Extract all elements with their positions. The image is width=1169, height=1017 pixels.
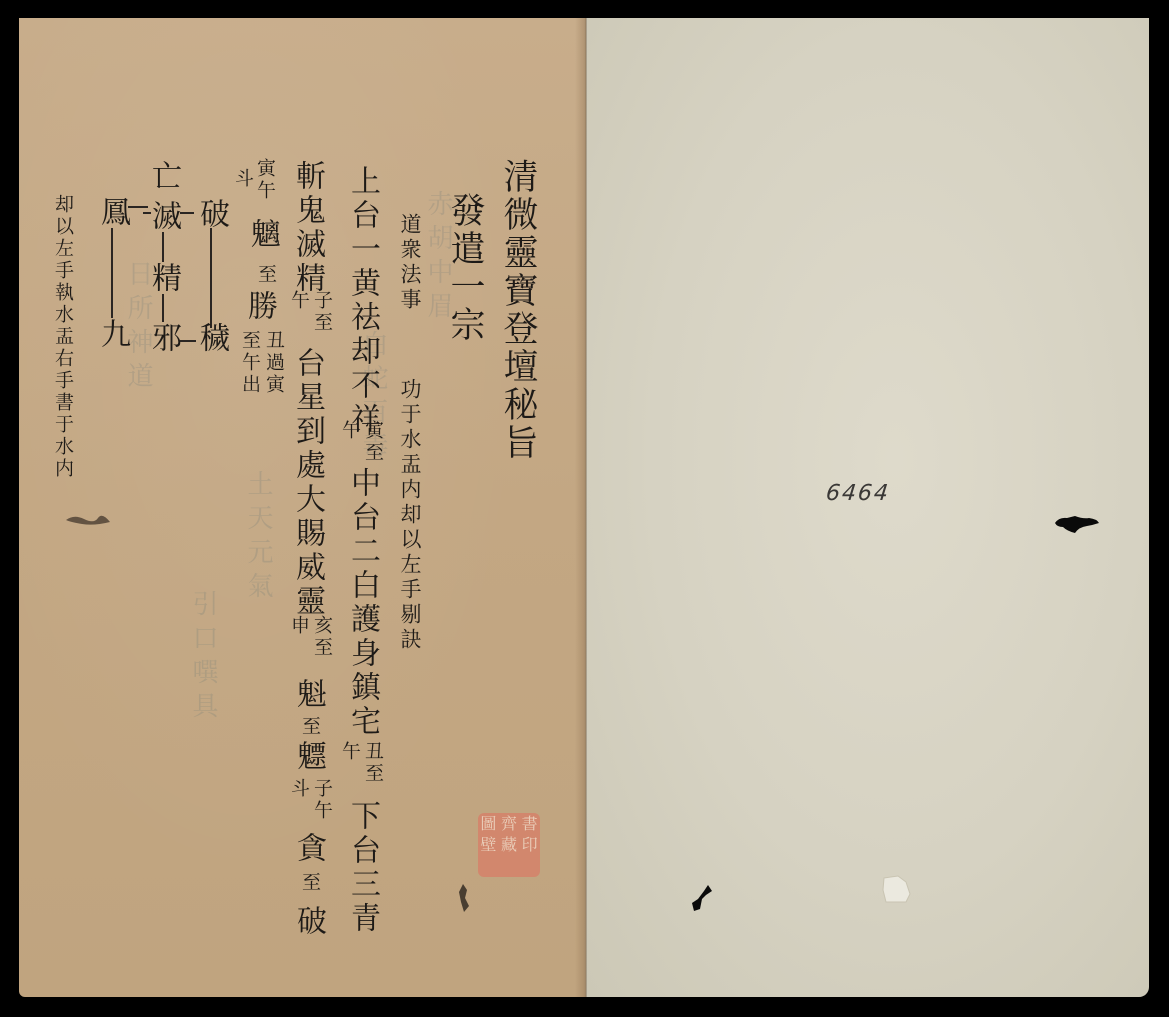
subheading: 道衆法事 [399,213,420,313]
diagram-node-jiu: 九 [97,318,127,352]
diagram-connector [162,294,164,322]
diagram-connector [128,206,148,208]
main-line-1a: 上台一黄祛却不祥 [347,165,377,437]
paper-damage-mark [64,512,112,528]
paper-hole [688,883,718,919]
annotation-left: 斗 [289,778,308,800]
diagram-node-jing: 精 [148,262,178,296]
final-note: 却以左手執水盂右手書于水内 [53,194,72,480]
seal-char: 藏 [499,834,520,855]
section-heading: 發遣一宗 [447,192,482,344]
main-char: 破 [293,905,323,939]
main-char: 勝 [244,290,274,324]
diagram-node-xie: 邪 [148,322,178,356]
main-char: 魑 [247,218,277,252]
note-upper: 功于水盂内却以左手剔訣 [399,378,420,653]
annotation: 至 [300,716,319,738]
main-char: 魒 [293,740,323,774]
diagram-connector [180,212,194,214]
diagram-connector [162,232,164,262]
document-title: 清微靈寶登壇秘旨 [500,158,535,462]
seal-char: 圖 [478,813,499,834]
small-note: 寅午 [255,158,274,202]
diagram-connector [210,228,212,328]
annotation-left: 午 [340,420,359,442]
main-line-1b: 中台二白護身鎮宅 [347,467,377,739]
annotation-right: 子午 [312,778,331,822]
diagram-node-mie: 滅 [148,200,178,234]
annotation-right: 寅至 [363,420,382,464]
catalog-number: 6464 [825,481,892,506]
annotation-left: 午 [289,290,308,312]
main-char: 魁 [293,678,323,712]
annotation: 至 [256,264,275,286]
paper-patch [880,872,916,906]
paper-damage-mark [455,880,485,920]
book-fold [575,18,587,997]
small-note: 斗 [233,168,252,190]
diagram-node-feng: 鳳 [97,196,127,230]
right-page [585,18,1149,997]
diagram-node-wang: 亡 [148,160,178,194]
annotation-left: 午 [340,741,359,763]
diagram-connector [180,340,196,342]
main-line-2b: 台星到處大賜威靈 [292,347,322,619]
bleed-through-text: 土天元氣 [240,470,277,606]
annotation-right: 丑過寅 [264,330,283,396]
annotation: 至 [300,872,319,894]
annotation-right: 子至 [312,290,331,334]
bleed-through-text: 引口噀具 [185,590,222,726]
paper-hole [1053,513,1103,537]
main-line-1c: 下台三青 [347,800,377,936]
diagram-node-po: 破 [196,198,226,232]
main-line-2a: 斬鬼滅精 [292,160,322,296]
seal-char: 齊 [499,813,520,834]
annotation-right: 亥至 [312,615,331,659]
main-char: 貪 [293,832,323,866]
annotation-left: 至午出 [240,330,259,396]
annotation-left: 申 [289,615,308,637]
seal-char: 印 [519,834,540,855]
annotation-right: 丑至 [363,741,382,785]
red-seal-stamp: 圖 齊 書 壁 藏 印 [478,813,540,877]
seal-char: 書 [519,813,540,834]
seal-char: 壁 [478,834,499,855]
diagram-connector [143,212,151,214]
diagram-connector [111,228,113,318]
diagram-node-hui: 穢 [196,322,226,356]
